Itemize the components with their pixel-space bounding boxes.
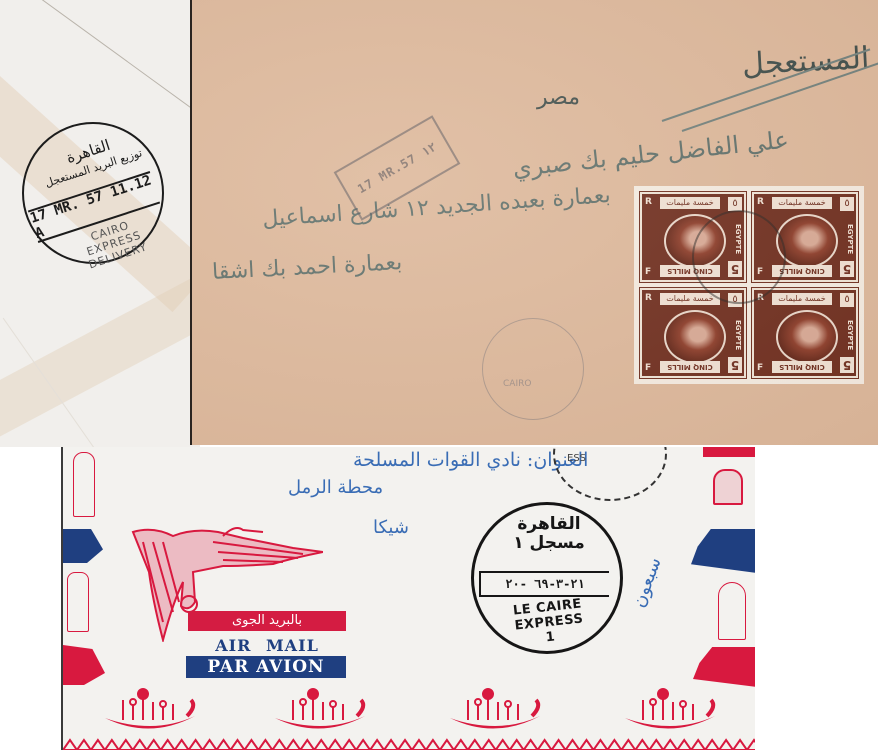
blue-border-shape bbox=[691, 529, 755, 573]
stamp-corner-letter: R bbox=[645, 293, 652, 303]
postmark-date: ٢١-٣-٦٩ -٢٠ bbox=[479, 571, 609, 597]
stamp-denomination: 5 bbox=[840, 261, 854, 277]
airmail-label-english: AIR MAIL bbox=[188, 636, 346, 655]
stamp-country: EGYPTE bbox=[846, 320, 854, 350]
handwritten-line-5: بعمارة احمد بك اشقا bbox=[211, 250, 402, 285]
stamp-corner-letter: F bbox=[645, 267, 651, 277]
pyramid-frieze bbox=[63, 738, 755, 750]
airmail-label-french: PAR AVION bbox=[186, 656, 346, 678]
postmark-arabic-city: القاهرة bbox=[504, 515, 594, 534]
handwritten-address-2: محطة الرمل bbox=[288, 477, 383, 498]
stamp-arabic-value: خمسة مليمات bbox=[772, 293, 832, 305]
brown-envelope: البريد المستعجل مصر علي الفاضل حليم بك ص… bbox=[190, 0, 878, 445]
handwritten-line-1: البريد المستعجل bbox=[741, 37, 878, 83]
airmail-label-arabic: بالبريد الجوى bbox=[188, 611, 346, 631]
boat-icon bbox=[273, 686, 368, 736]
pharaoh-figure-icon bbox=[73, 452, 95, 517]
stamp-arabic-value: خمسة مليمات bbox=[660, 197, 720, 209]
stamp-corner-letter: R bbox=[757, 197, 764, 207]
stamp-arabic-denomination: ٥ bbox=[840, 197, 854, 211]
postmark-english: LE CAIRE EXPRESS 1 bbox=[492, 594, 606, 650]
seated-figure-icon bbox=[718, 582, 746, 640]
blue-border-shape bbox=[63, 529, 103, 563]
stamp-value-text: CINQ MILLS bbox=[772, 361, 832, 373]
handwritten-line-3: علي الفاضل حليم بك صبري bbox=[511, 126, 790, 183]
stamp-arabic-denomination: ٥ bbox=[840, 293, 854, 307]
king-portrait-icon bbox=[664, 310, 726, 364]
stamp-corner-letter: F bbox=[645, 363, 651, 373]
registration-date: 17 MR.57 ١٢ bbox=[355, 140, 439, 196]
postage-stamp: RFخمسة مليمات٥EGYPTECINQ MILLS5 bbox=[752, 288, 858, 378]
stamp-arabic-value: خمسة مليمات bbox=[772, 197, 832, 209]
boat-icon bbox=[448, 686, 543, 736]
seated-figure-icon bbox=[67, 572, 89, 632]
stamp-country: EGYPTE bbox=[734, 320, 742, 350]
red-border-shape bbox=[693, 647, 755, 687]
stamp-cancellation bbox=[692, 210, 786, 304]
red-border-shape bbox=[63, 645, 105, 685]
border-stripe bbox=[703, 447, 755, 457]
handwritten-address-3: شيكا bbox=[373, 517, 409, 538]
partial-postmark-text: ESS bbox=[567, 453, 586, 464]
stamp-denomination: 5 bbox=[840, 357, 854, 373]
postmark-arabic-service: مسجل ١ bbox=[504, 534, 594, 553]
stamp-corner-letter: F bbox=[757, 363, 763, 373]
handwritten-address-4: سبعون bbox=[628, 555, 665, 611]
handwritten-line-4: بعمارة بعبده الجديد ١٢ شارع اسماعيل bbox=[262, 183, 612, 232]
le-caire-express-postmark: القاهرة مسجل ١ ٢١-٣-٦٩ -٢٠ LE CAIRE EXPR… bbox=[471, 502, 623, 654]
cairo-express-delivery-postmark: القاهرة توزيع البريد المستعجل 17 MR. 57 … bbox=[22, 122, 164, 264]
postmark-arabic: القاهرة مسجل ١ bbox=[504, 515, 594, 553]
stamp-arabic-denomination: ٥ bbox=[728, 197, 742, 211]
boat-icon bbox=[623, 686, 718, 736]
partial-postmark: ESS bbox=[553, 447, 667, 501]
back-envelope: القاهرة توزيع البريد المستعجل 17 MR. 57 … bbox=[0, 0, 200, 447]
faint-postmark: CAIRO bbox=[482, 318, 584, 420]
stamp-denomination: 5 bbox=[728, 357, 742, 373]
stamp-corner-letter: R bbox=[645, 197, 652, 207]
stamp-country: EGYPTE bbox=[846, 224, 854, 254]
faint-postmark-text: CAIRO bbox=[503, 379, 531, 389]
boat-icon bbox=[103, 686, 198, 736]
king-portrait-icon bbox=[776, 310, 838, 364]
airmail-envelope: بالبريد الجوى AIR MAIL PAR AVION العنوان… bbox=[61, 447, 755, 750]
handwritten-line-2: مصر bbox=[537, 85, 580, 110]
sphinx-icon bbox=[713, 469, 743, 505]
stamp-value-text: CINQ MILLS bbox=[660, 361, 720, 373]
